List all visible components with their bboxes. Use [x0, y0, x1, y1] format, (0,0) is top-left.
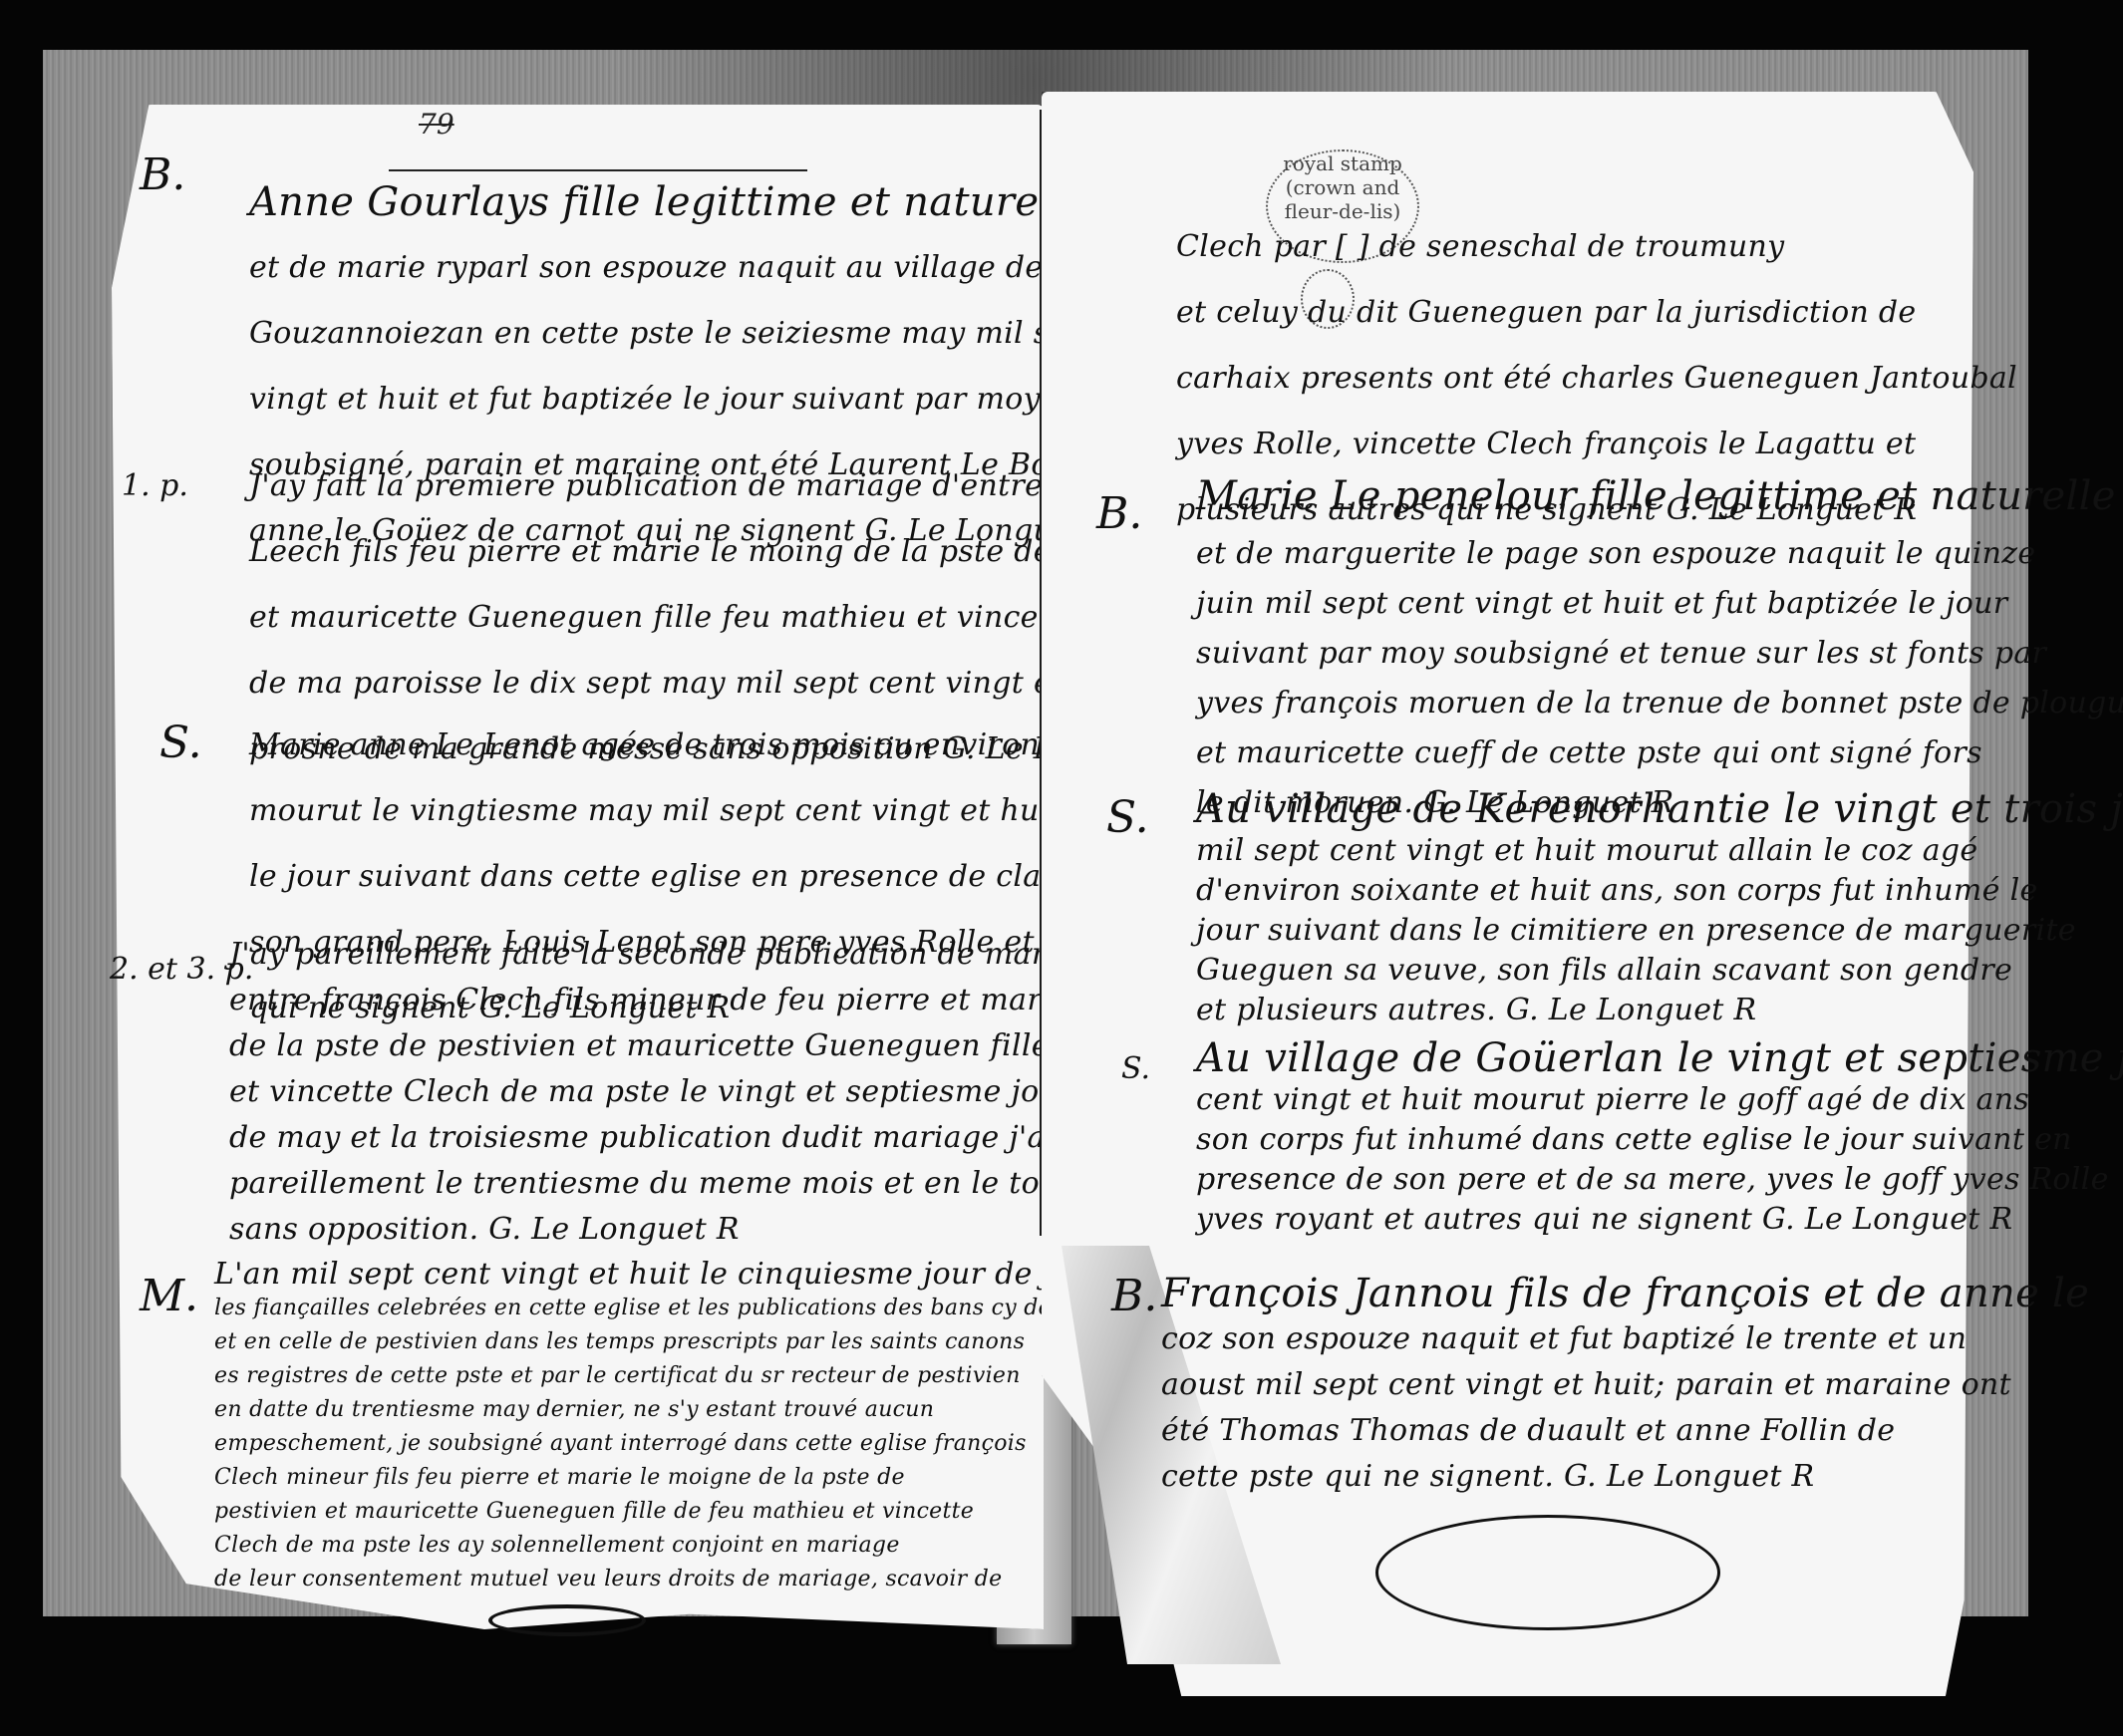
- entry-line: juin mil sept cent vingt et huit et fut …: [1196, 579, 2123, 629]
- margin-note-sepulture: S.: [1106, 792, 1149, 843]
- entry-line: son corps fut inhumé dans cette eglise l…: [1196, 1120, 2123, 1160]
- entry-line: et plusieurs autres. G. Le Longuet R: [1196, 991, 2123, 1030]
- margin-note-first-publication: 1. p.: [122, 468, 188, 503]
- entry-baptism-marie-le-penelour: Marie Le penelour fille legittime et nat…: [1196, 463, 2123, 828]
- entry-line: Au village de Kerenorhantie le vingt et …: [1196, 787, 2123, 831]
- entry-line: Clech de ma pste les ay solennellement c…: [214, 1529, 1196, 1563]
- margin-note-baptism: B.: [1096, 488, 1142, 539]
- entry-burial-allain-le-coz: Au village de Kerenorhantie le vingt et …: [1196, 787, 2123, 1030]
- flourish-signature: [488, 1604, 646, 1636]
- entry-line: cent vingt et huit mourut pierre le goff…: [1196, 1080, 2123, 1120]
- folio-number: 79: [419, 108, 455, 141]
- entry-line: suivant par moy soubsigné et tenue sur l…: [1196, 629, 2123, 679]
- entry-line: yves royant et autres qui ne signent G. …: [1196, 1200, 2123, 1240]
- entry-line: Clech par [ ] de seneschal de troumuny: [1176, 214, 2017, 280]
- margin-note-baptism: B.: [140, 149, 185, 200]
- margin-note-sepulture: S.: [159, 718, 202, 768]
- entry-line: et celuy du dit Gueneguen par la jurisdi…: [1176, 280, 2017, 346]
- entry-line: presence de son pere et de sa mere, yves…: [1196, 1160, 2123, 1200]
- entry-line: Gueguen sa veuve, son fils allain scavan…: [1196, 951, 2123, 991]
- entry-baptism-francois-jannou: François Jannou fils de françois et de a…: [1161, 1271, 2089, 1500]
- entry-line: François Jannou fils de françois et de a…: [1161, 1271, 2089, 1316]
- entry-line: Clech mineur fils feu pierre et marie le…: [214, 1461, 1196, 1495]
- entry-line: et de marguerite le page son espouze naq…: [1196, 529, 2123, 579]
- entry-line: en datte du trentiesme may dernier, ne s…: [214, 1393, 1196, 1427]
- entry-line: yves françois moruen de la trenue de bon…: [1196, 679, 2123, 728]
- entry-line: aoust mil sept cent vingt et huit; parai…: [1161, 1362, 2089, 1408]
- margin-note-baptism-2: B.: [1111, 1271, 1157, 1321]
- entry-line: d'environ soixante et huit ans, son corp…: [1196, 871, 2123, 911]
- entry-line: carhaix presents ont été charles Guenegu…: [1176, 346, 2017, 412]
- entry-line: pestivien et mauricette Gueneguen fille …: [214, 1495, 1196, 1529]
- entry-line: coz son espouze naquit et fut baptizé le…: [1161, 1316, 2089, 1362]
- entry-line: cette pste qui ne signent. G. Le Longuet…: [1161, 1454, 2089, 1500]
- entry-line: de leur consentement mutuel veu leurs dr…: [214, 1563, 1196, 1596]
- entry-line: mil sept cent vingt et huit mourut allai…: [1196, 831, 2123, 871]
- entry-line: Au village de Goüerlan le vingt et septi…: [1196, 1036, 2123, 1080]
- flourish-closing: [1375, 1515, 1720, 1630]
- entry-burial-pierre-le-goff: Au village de Goüerlan le vingt et septi…: [1196, 1036, 2123, 1240]
- entry-line: Marie Le penelour fille legittime et nat…: [1196, 463, 2123, 529]
- entry-line: été Thomas Thomas de duault et anne Foll…: [1161, 1408, 2089, 1454]
- entry-line: empeschement, je soubsigné ayant interro…: [214, 1427, 1196, 1461]
- margin-note-marriage: M.: [140, 1271, 198, 1321]
- entry-line: et mauricette cueff de cette pste qui on…: [1196, 728, 2123, 778]
- entry-line: jour suivant dans le cimitiere en presen…: [1196, 911, 2123, 951]
- margin-note-sepulture-2: S.: [1121, 1051, 1150, 1086]
